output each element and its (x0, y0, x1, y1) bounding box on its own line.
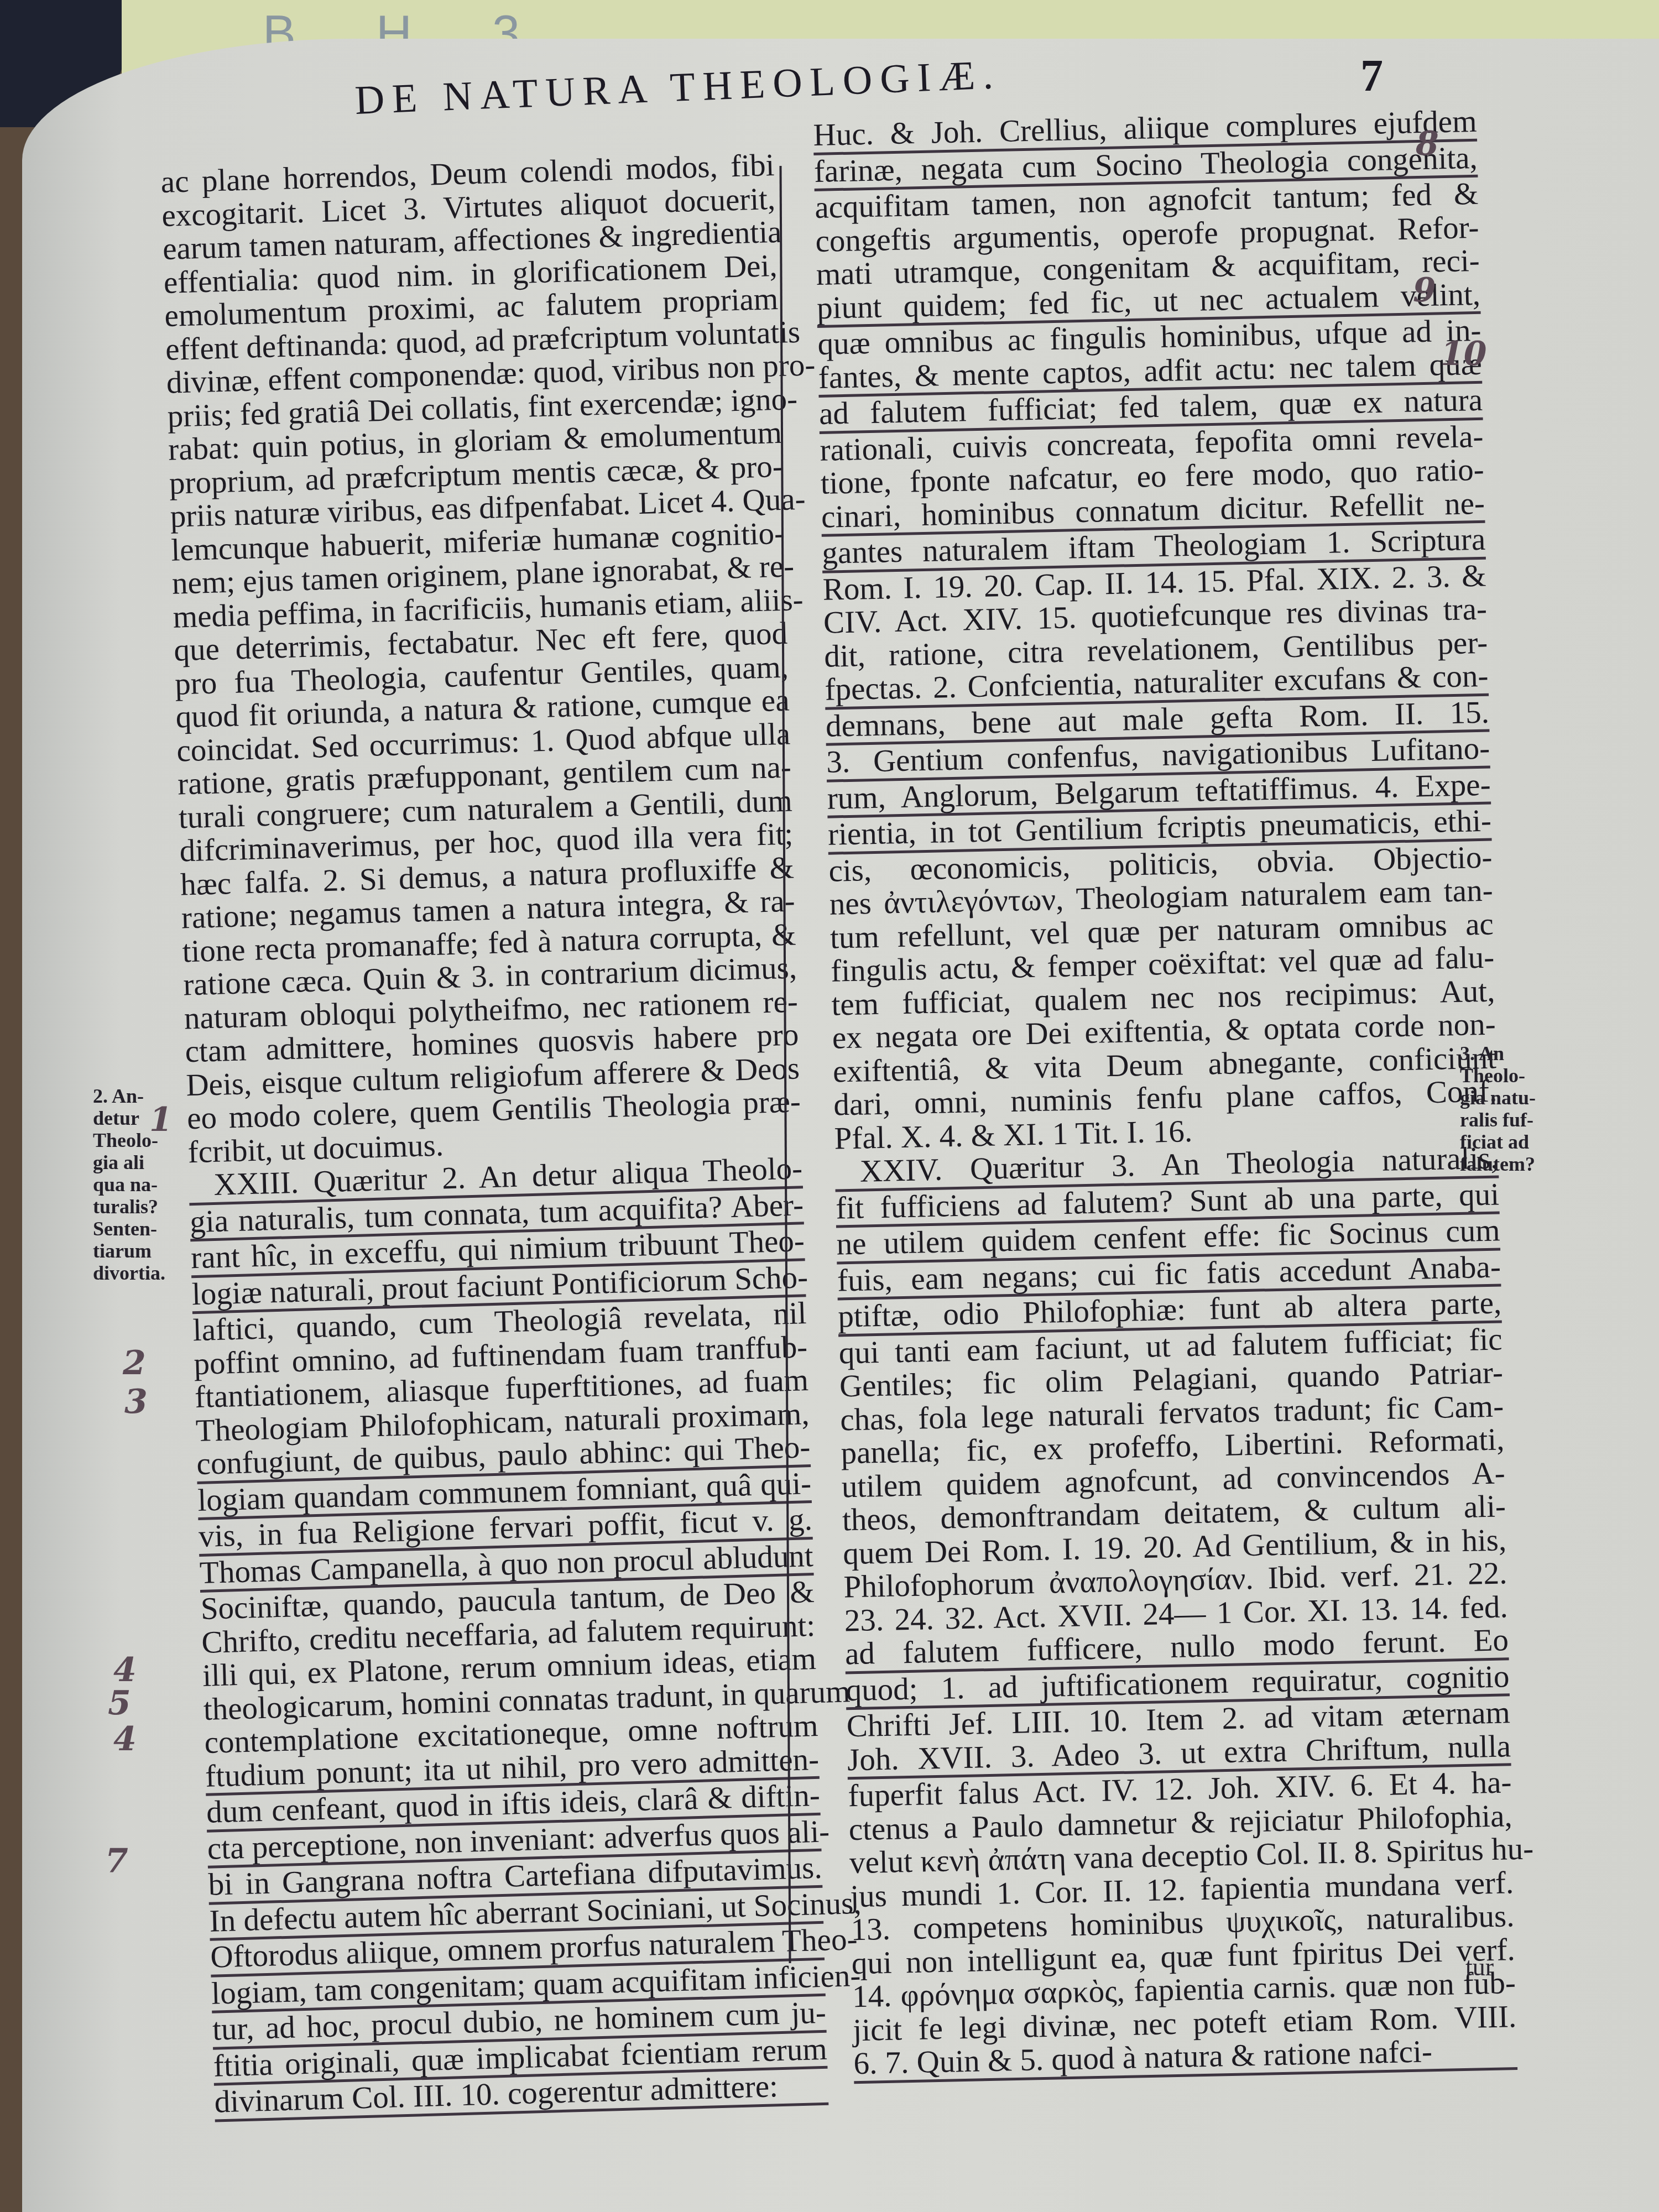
handwritten-number: 3 (124, 1383, 148, 1421)
handwritten-number: 4 (113, 1720, 137, 1759)
left-text-column: ac plane horrendos, Deum colendi modos, … (160, 149, 828, 2122)
handwritten-number: 2 (123, 1344, 146, 1383)
handwritten-number: 9 (1413, 271, 1436, 310)
catchword: tur (1465, 1952, 1494, 1981)
handwritten-number: 8 (1416, 124, 1439, 163)
right-text-column: Huc. & Joh. Crellius, aliique complures … (813, 105, 1517, 2084)
page-number: 7 (1360, 50, 1383, 102)
handwritten-number: 1 (149, 1100, 173, 1139)
handwritten-number: 5 (108, 1684, 131, 1723)
margin-note-right: 3. An Theolo- gia natu- ralis fuf- ficia… (1460, 1042, 1536, 1175)
handwritten-number: 7 (105, 1841, 128, 1880)
handwritten-number: 10 (1441, 335, 1487, 373)
